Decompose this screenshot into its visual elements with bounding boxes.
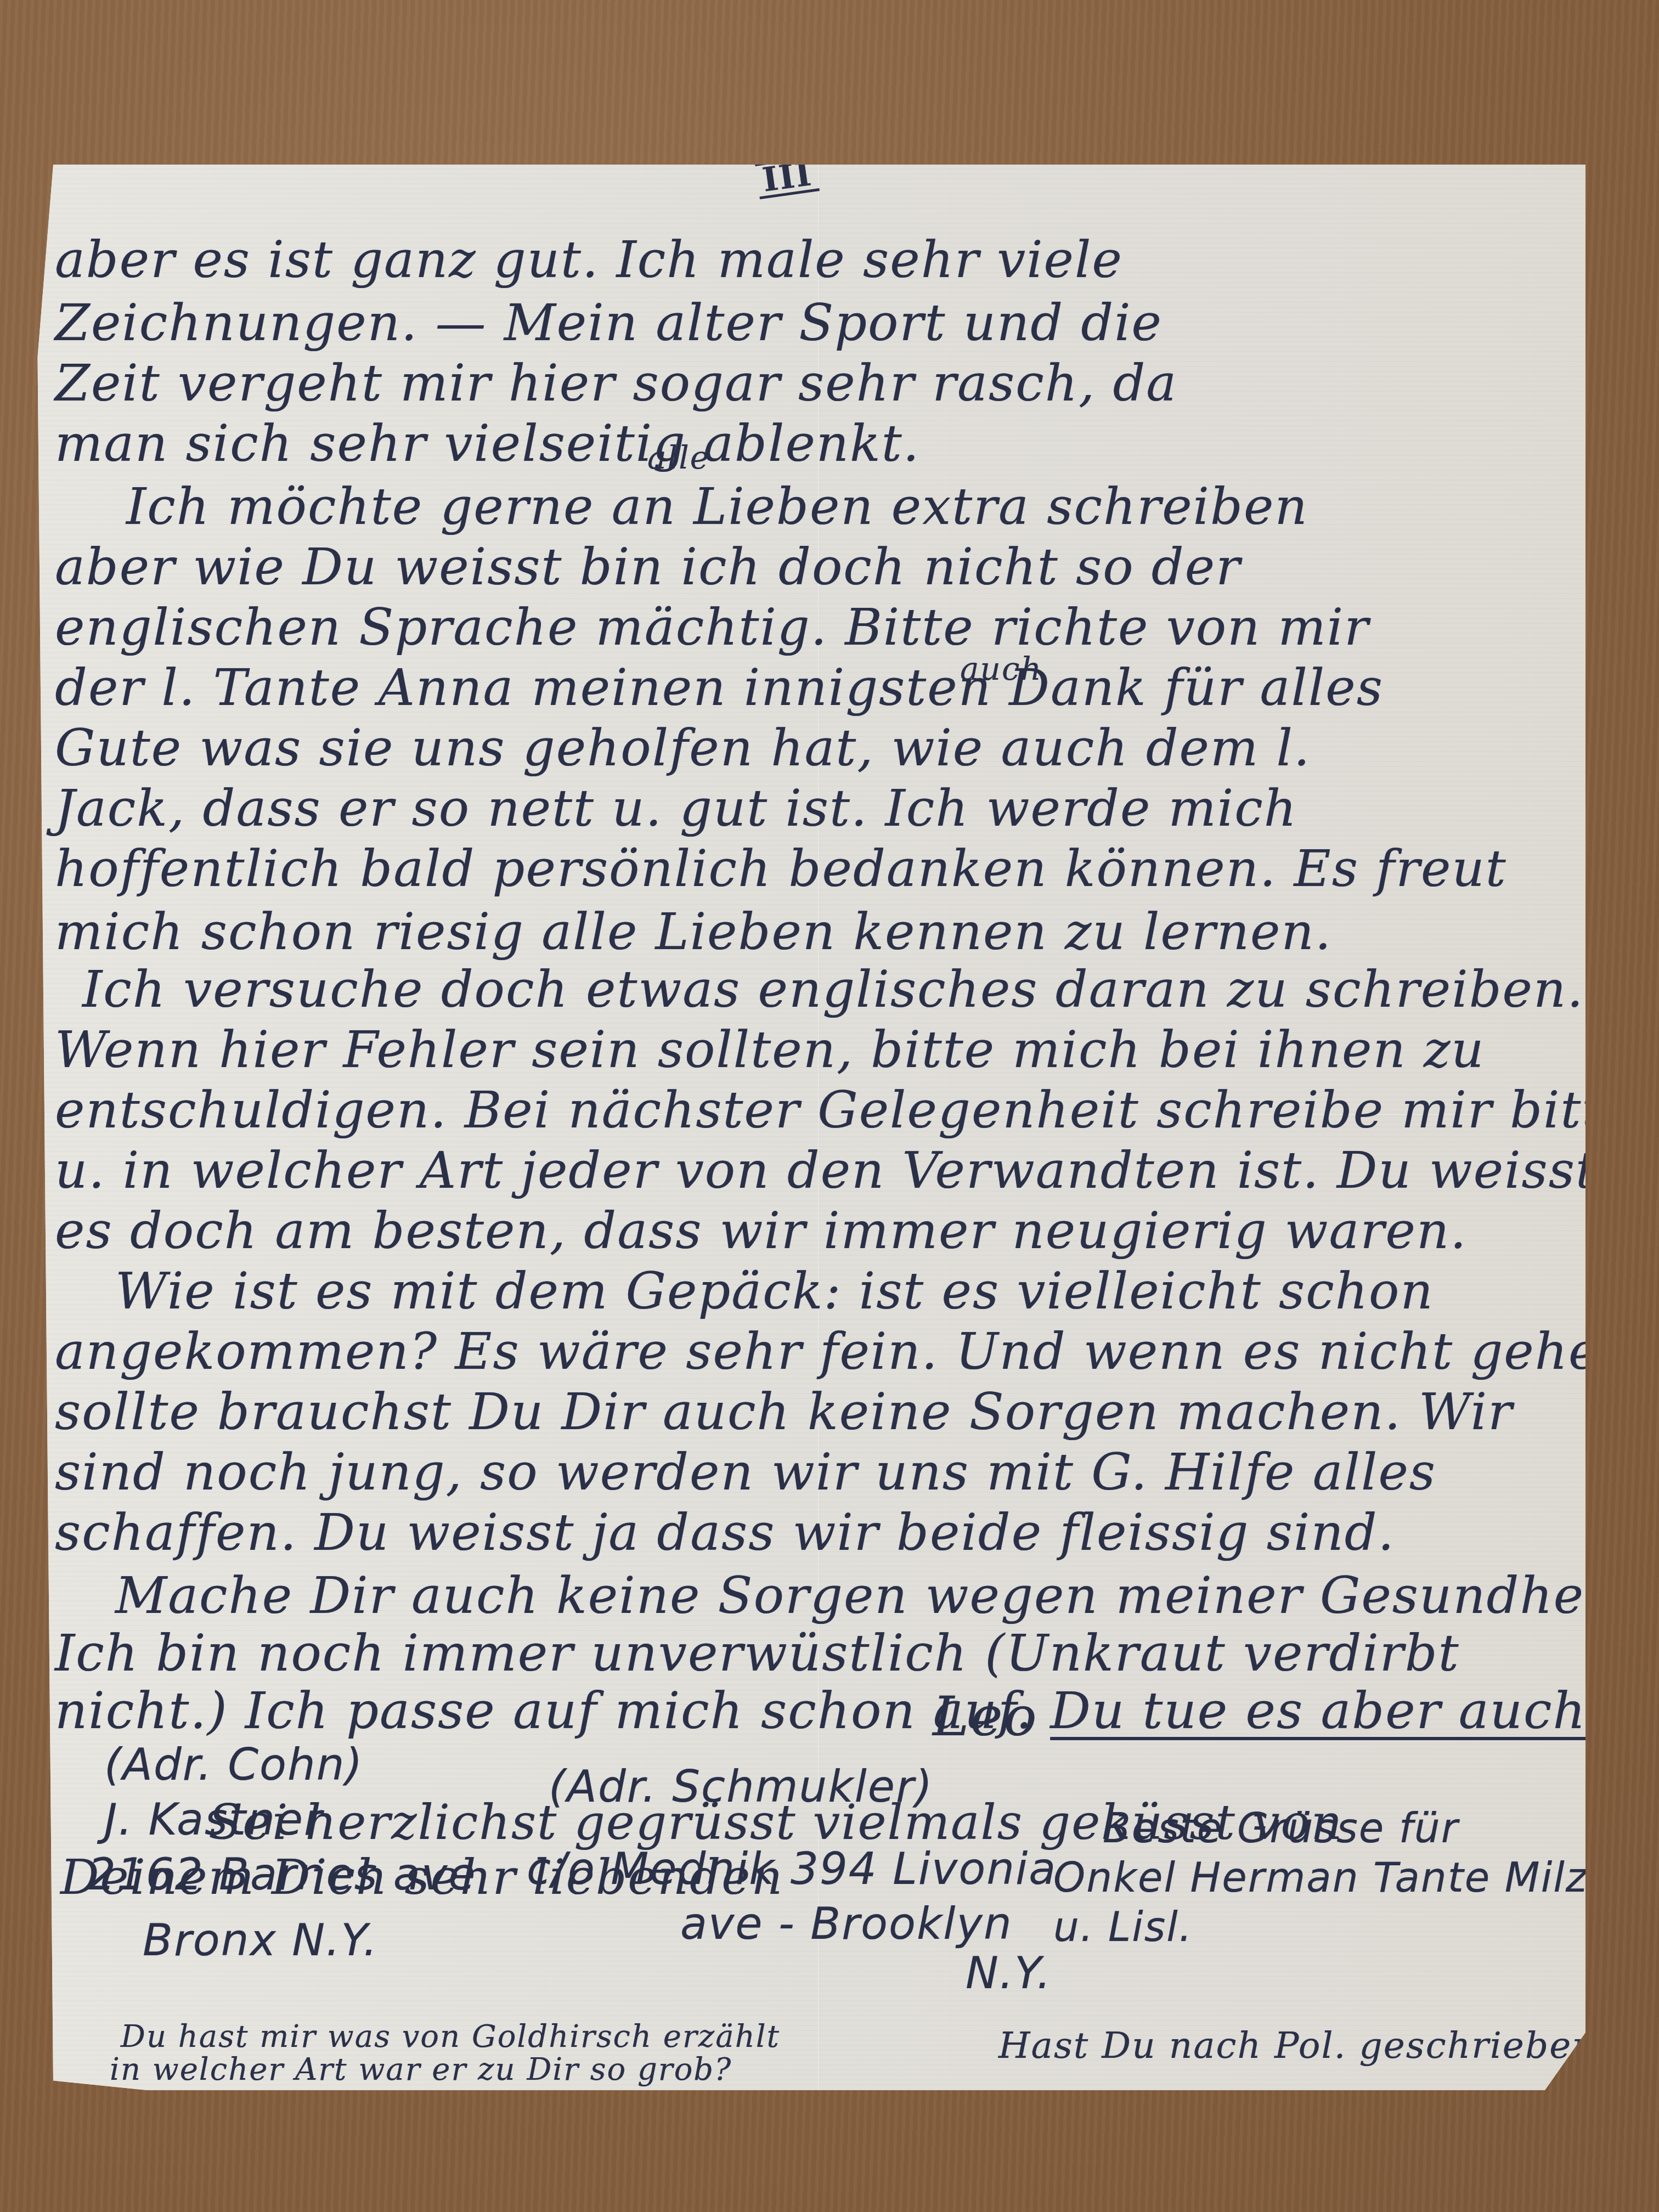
letter-line: der l. Tante Anna meinen innigsten Dank … <box>55 658 1384 717</box>
letter-line: Ich versuche doch etwas englisches daran… <box>82 960 1584 1019</box>
postscript-left-line: in welcher Art war er zu Dir so grob? <box>110 2052 732 2087</box>
greeting-note-line: Beste Grüsse für <box>1103 1805 1459 1852</box>
letter-line: Ich bin noch immer unverwüstlich (Unkrau… <box>55 1624 1460 1683</box>
letter-line: Ich möchte gerne an Lieben extra schreib… <box>126 477 1308 536</box>
address-1-label: (Adr. Cohn) <box>104 1739 364 1790</box>
address-2-line: N.Y. <box>966 1948 1052 1999</box>
address-2-line: ave - Brooklyn <box>680 1898 1013 1949</box>
address-2-line: c/o Mednik 394 Livonia <box>527 1843 1057 1894</box>
insertion-auch: auch <box>960 650 1042 687</box>
letter-line: Zeit vergeht mir hier sogar sehr rasch, … <box>55 354 1177 413</box>
postscript-right: Hast Du nach Pol. geschrieben? <box>998 2024 1617 2067</box>
address-1-line: 2162 Barnes ave <box>88 1849 476 1900</box>
letter-line: sind noch jung, so werden wir uns mit G.… <box>55 1443 1436 1502</box>
letter-line: hoffentlich bald persönlich bedanken kön… <box>55 839 1507 898</box>
letter-line: Mache Dir auch keine Sorgen wegen meiner… <box>115 1566 1623 1625</box>
letter-line: man sich sehr vielseitig ablenkt. <box>55 414 920 473</box>
letter-line: Gute was sie uns geholfen hat, wie auch … <box>55 719 1311 777</box>
address-1-line: Bronx N.Y. <box>143 1915 378 1966</box>
letter-line: es doch am besten, dass wir immer neugie… <box>55 1201 1467 1260</box>
letter-line: englischen Sprache mächtig. Bitte richte… <box>55 598 1369 657</box>
letter-line: entschuldigen. Bei nächster Gelegenheit … <box>55 1081 1659 1139</box>
page-number: III <box>755 155 820 200</box>
signature: Leo <box>933 1684 1038 1748</box>
greeting-note-line: Onkel Herman Tante Milzi <box>1053 1854 1600 1901</box>
postscript-left-line: Du hast mir was von Goldhirsch erzählt <box>121 2019 780 2055</box>
letter-line: mich schon riesig alle Lieben kennen zu … <box>55 902 1332 961</box>
letter-line: nicht.) Ich passe auf mich schon auf. Du… <box>55 1681 1604 1740</box>
letter-line: aber es ist ganz gut. Ich male sehr viel… <box>55 230 1123 289</box>
letter-line: u. in welcher Art jeder von den Verwandt… <box>55 1141 1597 1200</box>
letter-line: angekommen? Es wäre sehr fein. Und wenn … <box>55 1322 1633 1381</box>
letter-paper: III aber es ist ganz gut. Ich male sehr … <box>22 165 1585 2090</box>
letter-line: Wenn hier Fehler sein sollten, bitte mic… <box>55 1020 1485 1079</box>
insertion-alle: alle <box>647 439 710 476</box>
letter-line: Jack, dass er so nett u. gut ist. Ich we… <box>55 779 1297 838</box>
letter-line: Wie ist es mit dem Gepäck: ist es vielle… <box>115 1262 1434 1321</box>
letter-line: sollte brauchst Du Dir auch keine Sorgen… <box>55 1383 1513 1441</box>
letter-line: aber wie Du weisst bin ich doch nicht so… <box>55 538 1241 596</box>
letter-line: schaffen. Du weisst ja dass wir beide fl… <box>55 1503 1395 1562</box>
underlined-phrase: Du tue es aber auch. <box>1050 1681 1604 1740</box>
address-2-label: (Adr. Schmukler) <box>549 1761 933 1812</box>
address-1-line: J. Kastner <box>104 1794 323 1845</box>
letter-line: Zeichnungen. — Mein alter Sport und die <box>55 294 1163 352</box>
greeting-note-line: u. Lisl. <box>1053 1904 1193 1951</box>
